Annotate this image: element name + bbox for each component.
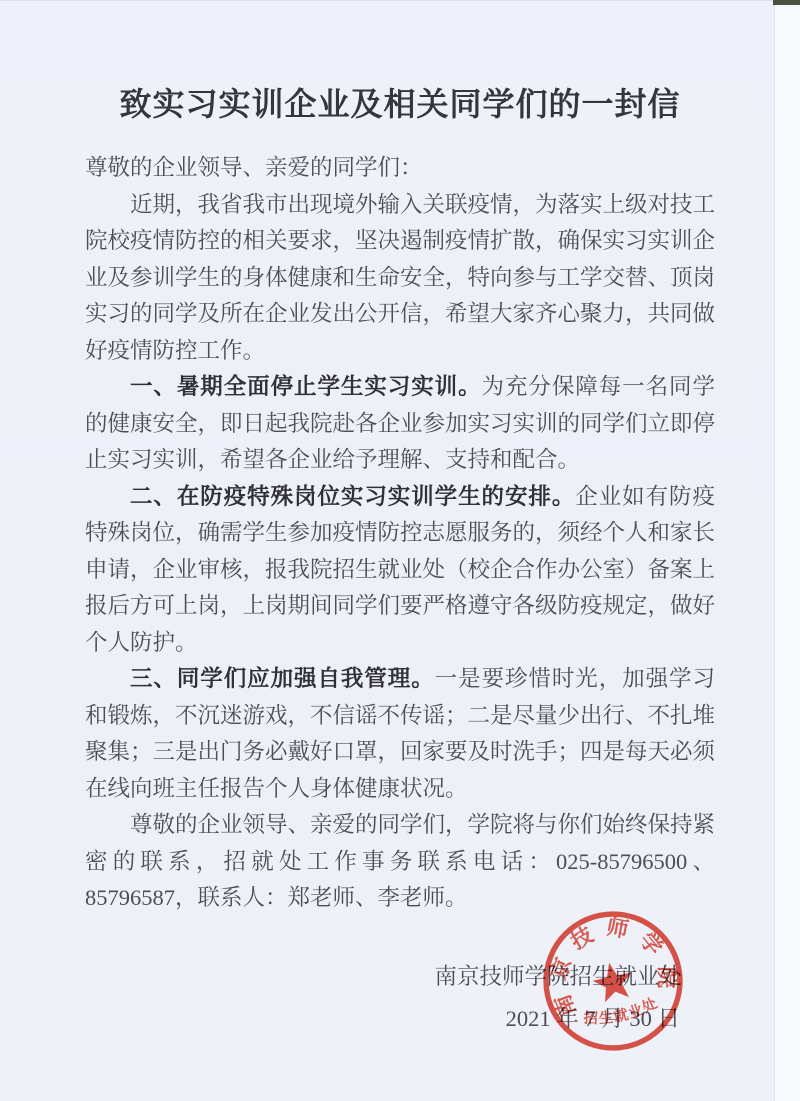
svg-text:招生就业处: 招生就业处 xyxy=(579,993,663,1033)
seal-bottom-text: 招生就业处 xyxy=(579,993,663,1033)
letter-body: 致实习实训企业及相关同学们的一封信 尊敬的企业领导、亲爱的同学们： 近期，我省我… xyxy=(85,84,715,1039)
paragraph-text: 近期，我省我市出现境外输入关联疫情，为落实上级对技工院校疫情防控的相关要求，坚决… xyxy=(85,192,715,363)
scan-edge xyxy=(774,0,800,1101)
paragraph-section-2: 二、在防疫特殊岗位实习实训学生的安排。企业如有防疫特殊岗位，确需学生参加疫情防控… xyxy=(85,479,715,662)
closing-text: 尊敬的企业领导、亲爱的同学们，学院将与你们始终保持紧密的联系，招就处工作事务联系… xyxy=(85,812,715,910)
paragraph-section-3: 三、同学们应加强自我管理。一是要珍惜时光，加强学习和锻炼，不沉迷游戏，不信谣不传… xyxy=(85,661,715,807)
section-2-heading: 二、在防疫特殊岗位实习实训学生的安排。 xyxy=(130,484,575,509)
salutation: 尊敬的企业领导、亲爱的同学们： xyxy=(85,150,715,187)
section-1-heading: 一、暑期全面停止学生实习实训。 xyxy=(130,374,482,399)
star-icon xyxy=(590,959,637,1004)
paragraph-intro: 近期，我省我市出现境外输入关联疫情，为落实上级对技工院校疫情防控的相关要求，坚决… xyxy=(85,187,715,370)
paragraph-section-1: 一、暑期全面停止学生实习实训。为充分保障每一名同学的健康安全，即日起我院赴各企业… xyxy=(85,369,715,479)
section-2-text: 企业如有防疫特殊岗位，确需学生参加疫情防控志愿服务的，须经个人和家长申请，企业审… xyxy=(85,484,715,655)
page-title: 致实习实训企业及相关同学们的一封信 xyxy=(85,84,715,124)
paragraph-closing: 尊敬的企业领导、亲爱的同学们，学院将与你们始终保持紧密的联系，招就处工作事务联系… xyxy=(85,807,715,917)
scan-artifact xyxy=(773,0,800,5)
official-seal-stamp: 南京技师学院 招生就业处 xyxy=(528,896,699,1067)
section-3-heading: 三、同学们应加强自我管理。 xyxy=(130,666,435,691)
